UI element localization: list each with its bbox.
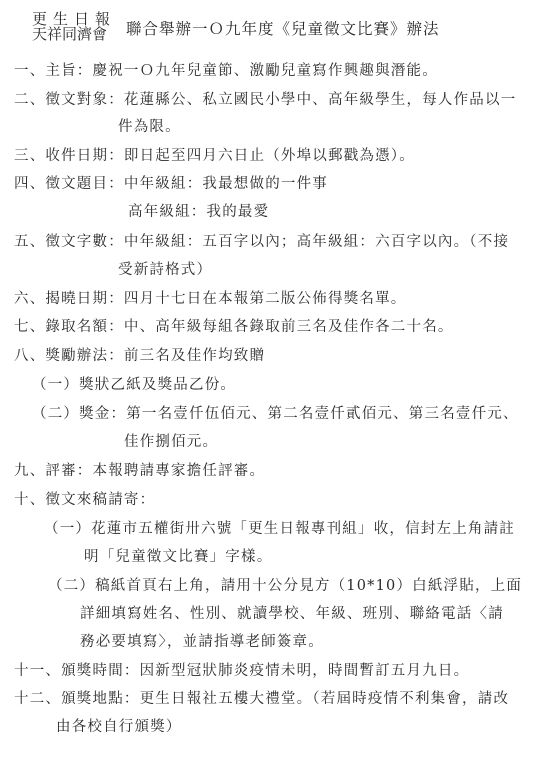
document-header: 更生日報 天祥同濟會 聯合舉辦一Ｏ九年度《兒童徵文比賽》辦法	[32, 12, 440, 42]
text-line: 由各校自行頒獎）	[56, 718, 182, 736]
text-line: 詳細填寫姓名、性別、就讀學校、年級、班別、聯絡電話〈請	[80, 605, 504, 623]
text-line: 十二、頒獎地點：更生日報社五樓大禮堂。（若屆時疫情不利集會，請改	[14, 690, 509, 708]
text-line: 件為限。	[118, 118, 181, 136]
text-line: （一）獎狀乙紙及獎品乙份。	[32, 376, 236, 394]
text-line: 四、徵文題目：中年級組：我最想做的一件事	[14, 175, 328, 193]
text-line: 十一、頒獎時間：因新型冠狀肺炎疫情未明，時間暫訂五月九日。	[14, 662, 469, 680]
text-line: 三、收件日期：即日起至四月六日止（外埠以郵戳為憑）。	[14, 147, 415, 165]
text-line: 佳作捌佰元。	[124, 433, 218, 451]
text-line: 明「兒童徵文比賽」字樣。	[84, 548, 272, 566]
text-line: （二）稿紙首頁右上角，請用十公分見方（10*10）白紙浮貼，上面	[48, 577, 522, 595]
text-line: 一、主旨：慶祝一Ｏ九年兒童節、激勵兒童寫作興趣與潛能。	[14, 62, 438, 80]
text-line: 十、徵文來稿請寄：	[14, 491, 155, 509]
text-line: 八、獎勵辦法：前三名及佳作均致贈	[14, 347, 265, 365]
organizers: 更生日報 天祥同濟會	[32, 12, 116, 42]
text-line: （二）獎金：第一名壹仟伍佰元、第二名壹仟貳佰元、第三名壹仟元、	[32, 405, 519, 423]
text-line: 務必要填寫〉，並請指導老師簽章。	[80, 633, 324, 651]
text-line: 二、徵文對象：花蓮縣公、私立國民小學中、高年級學生，每人作品以一	[14, 91, 516, 109]
text-line: （一）花蓮市五權街卅六號「更生日報專刊組」收，信封左上角請註	[44, 520, 515, 538]
text-line: 九、評審：本報聘請專家擔任評審。	[14, 462, 265, 480]
organizer-kiwanis: 天祥同濟會	[32, 27, 116, 42]
text-line: 六、揭曉日期：四月十七日在本報第二版公佈得獎名單。	[14, 290, 407, 308]
text-line: 受新詩格式）	[118, 261, 212, 279]
text-line: 五、徵文字數：中年級組：五百字以內；高年級組：六百字以內。（不接	[14, 233, 509, 251]
text-line: 七、錄取名額：中、高年級每組各錄取前三名及佳作各二十名。	[14, 318, 454, 336]
text-line: 高年級組：我的最愛	[128, 203, 269, 221]
document-title: 聯合舉辦一Ｏ九年度《兒童徵文比賽》辦法	[126, 17, 440, 39]
